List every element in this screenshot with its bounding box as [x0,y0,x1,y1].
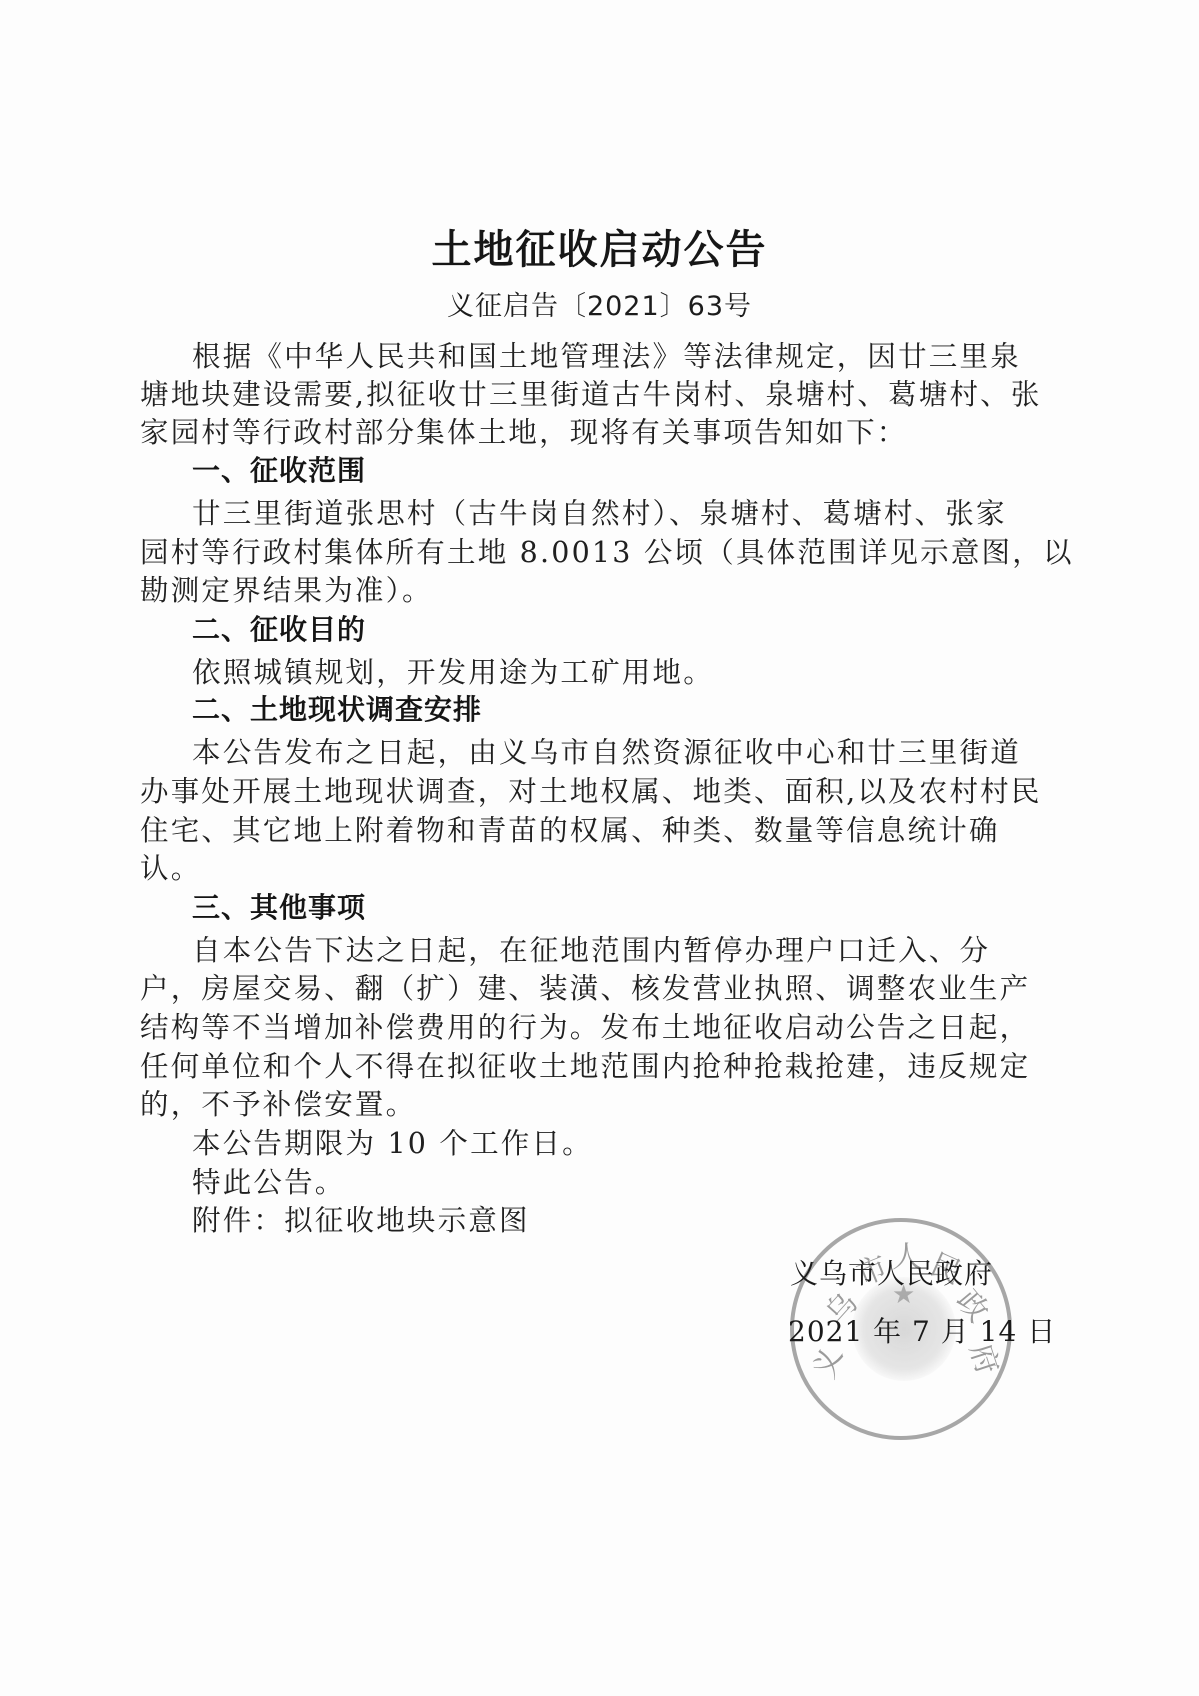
section-line: 户，房屋交易、翻（扩）建、装潢、核发营业执照、调整农业生产 [140,966,1030,1007]
intro-line: 家园村等行政村部分集体土地，现将有关事项告知如下： [140,410,908,451]
attachment-link[interactable]: 附件：拟征收地块示意图 [192,1198,530,1239]
section-heading-survey: 二、土地现状调查安排 [192,688,482,728]
section-line: 自本公告下达之日起，在征地范围内暂停办理户口迁入、分 [192,928,990,969]
section-line: 勘测定界结果为准）。 [140,568,433,609]
document-page: 土地征收启动公告 义征启告〔2021〕63号 根据《中华人民共和国土地管理法》等… [0,0,1199,1696]
section-line: 住宅、其它地上附着物和青苗的权属、种类、数量等信息统计确 [140,808,1000,849]
document-title: 土地征收启动公告 [0,218,1199,275]
intro-line: 根据《中华人民共和国土地管理法》等法律规定，因廿三里泉 [192,334,1021,375]
section-line: 依照城镇规划，开发用途为工矿用地。 [192,650,714,691]
section-line: 本公告发布之日起，由义乌市自然资源征收中心和廿三里街道 [192,730,1021,771]
section-line: 园村等行政村集体所有土地 8.0013 公顷（具体范围详见示意图，以 [140,530,1074,571]
section-heading-other: 三、其他事项 [192,886,366,926]
section-heading-scope: 一、征收范围 [192,449,366,489]
section-line: 的，不予补偿安置。 [140,1082,416,1123]
section-heading-purpose: 二、征收目的 [192,608,366,648]
section-line: 结构等不当增加补偿费用的行为。发布土地征收启动公告之日起， [140,1005,1030,1046]
closing-statement: 特此公告。 [192,1160,346,1201]
document-number: 义征启告〔2021〕63号 [0,284,1199,323]
section-line: 办事处开展土地现状调查，对土地权属、地类、面积,以及农村村民 [140,769,1042,810]
section-line: 任何单位和个人不得在拟征收土地范围内抢种抢栽抢建，违反规定 [140,1044,1030,1085]
section-line: 认。 [140,846,201,887]
issuer-signature: 义乌市人民政府 [790,1252,993,1292]
intro-line: 塘地块建设需要,拟征收廿三里街道古牛岗村、泉塘村、葛塘村、张 [140,372,1042,413]
issue-date: 2021 年 7 月 14 日 [788,1310,1056,1350]
section-line: 廿三里街道张思村（古牛岗自然村）、泉塘村、葛塘村、张家 [192,491,1007,532]
notice-period: 本公告期限为 10 个工作日。 [192,1121,593,1162]
